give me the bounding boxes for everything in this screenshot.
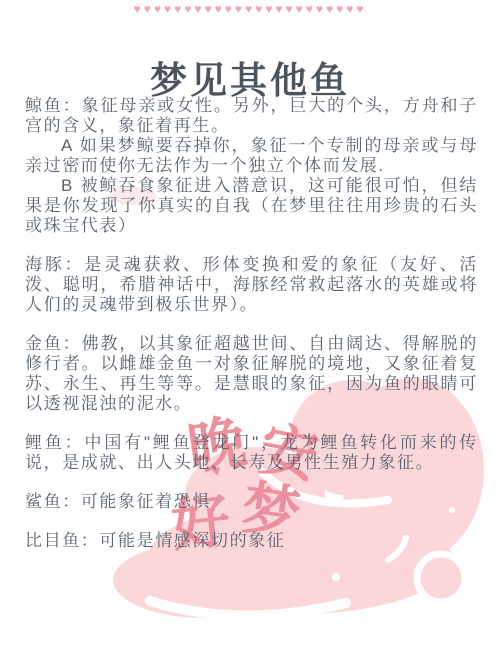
paragraph: 海豚：是灵魂获救、形体变换和爱的象征（友好、活泼、聪明，希腊神话中，海豚经常救起…: [25, 255, 478, 315]
body-text: 鲸鱼：象征母亲或女性。另外，巨大的个头，方舟和子宫的含义，象征着再生。A 如果梦…: [25, 96, 478, 551]
paragraph: B 被鲸吞食象征进入潜意识，这可能很可怕，但结果是你发现了你真实的自我（在梦里往…: [25, 176, 478, 236]
paragraph: 鲨鱼：可能象征着恐惧: [25, 492, 478, 512]
paragraph: 鲤鱼：中国有"鲤鱼登龙门"，龙为鲤鱼转化而来的传说，是成就、出人头地、长寿及男性…: [25, 433, 478, 473]
paragraph: 金鱼：佛教，以其象征超越世间、自由阔达、得解脱的修行者。以雌雄金鱼一对象征解脱的…: [25, 334, 478, 414]
hearts-border: ♥♥♥♥♥♥♥♥♥♥♥♥♥♥♥♥♥♥♥♥♥♥♥: [0, 2, 500, 16]
paragraph: A 如果梦鲸要吞掉你，象征一个专制的母亲或与母亲过密而使你无法作为一个独立个体而…: [25, 136, 478, 176]
paragraph: 比目鱼：可能是情感深切的象征: [25, 531, 478, 551]
note-page: 晚安好梦♥ ♥♥♥♥♥♥♥♥♥♥♥♥♥♥♥♥♥♥♥♥♥♥♥ 梦见其他鱼 鲸鱼：象…: [0, 0, 500, 652]
paragraph: 鲸鱼：象征母亲或女性。另外，巨大的个头，方舟和子宫的含义，象征着再生。: [25, 96, 478, 136]
